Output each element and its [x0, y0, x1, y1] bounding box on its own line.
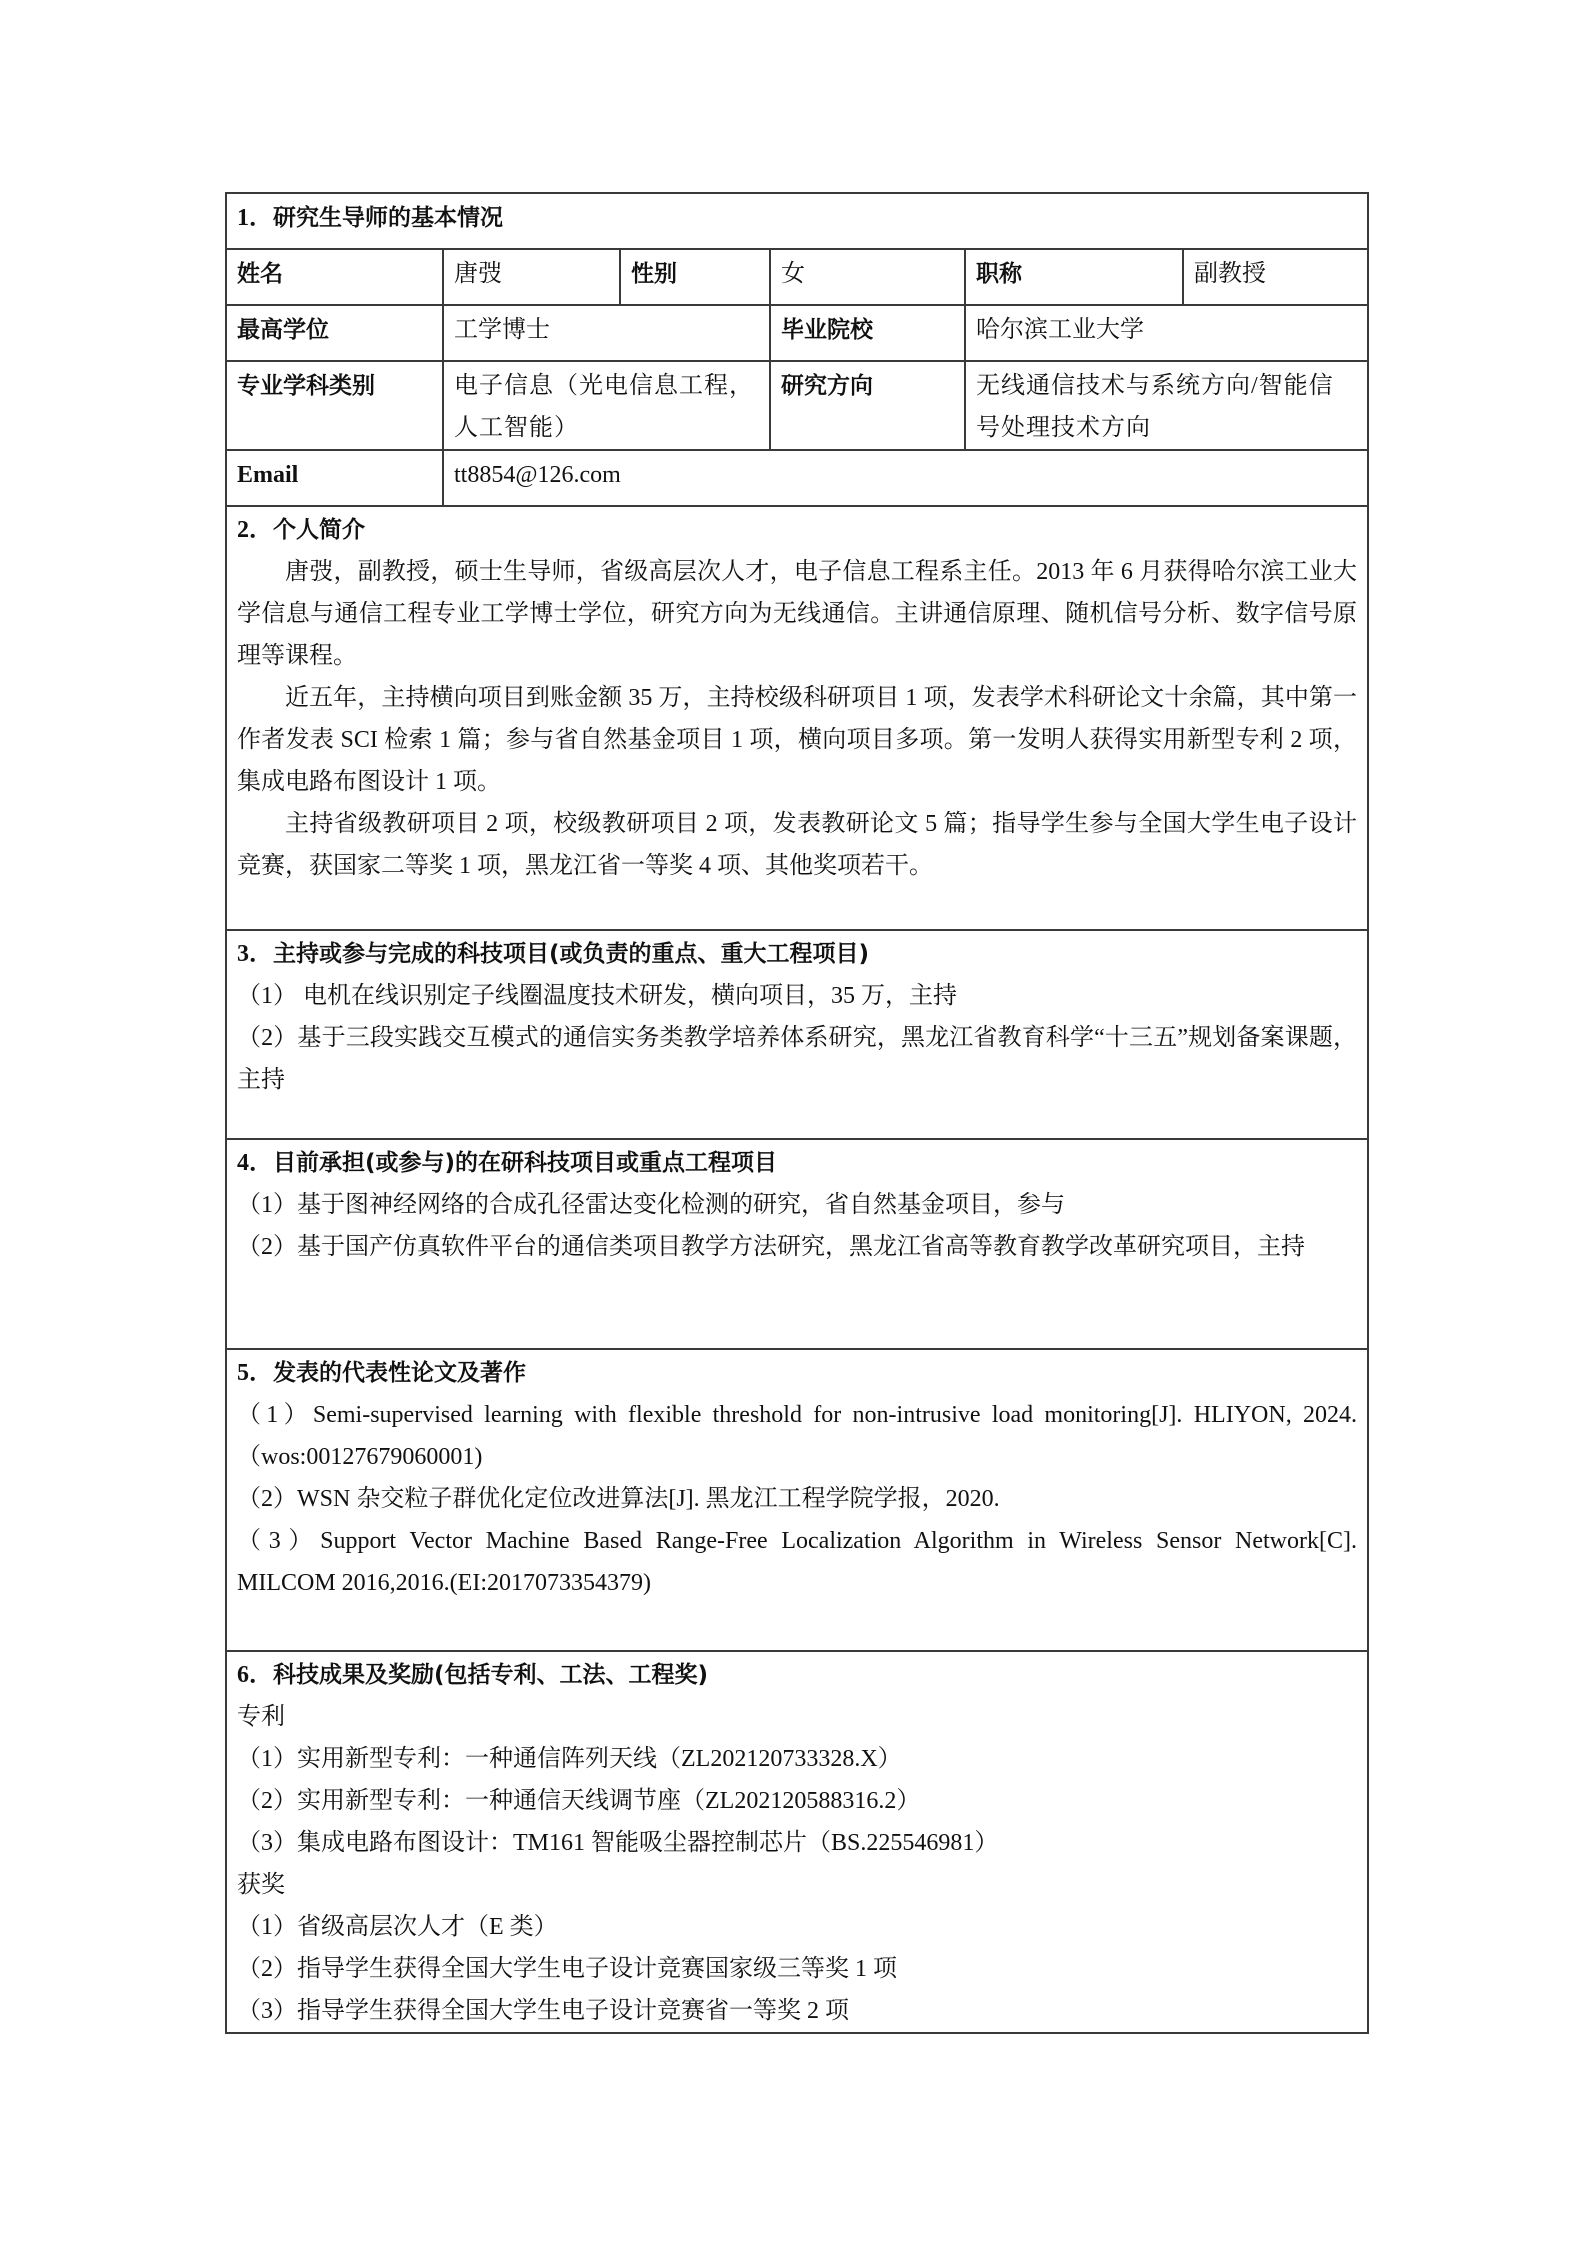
- discipline-row: 专业学科类别 电子信息（光电信息工程，人工智能） 研究方向 无线通信技术与系统方…: [226, 361, 1368, 450]
- discipline-value: 电子信息（光电信息工程，人工智能）: [443, 361, 770, 450]
- bio-paragraph-3: 主持省级教研项目 2 项，校级教研项目 2 项，发表教研论文 5 篇；指导学生参…: [237, 803, 1357, 887]
- section6-number: 6．: [237, 1662, 273, 1688]
- ongoing-project-2: （2）基于国产仿真软件平台的通信类项目教学方法研究，黑龙江省高等教育教学改革研究…: [237, 1226, 1357, 1268]
- patent-1: （1）实用新型专利：一种通信阵列天线（ZL202120733328.X）: [237, 1738, 1357, 1780]
- section3-title: 3．主持或参与完成的科技项目(或负责的重点、重大工程项目): [237, 933, 1357, 975]
- section5-row: 5．发表的代表性论文及著作 （1）Semi-supervised learnin…: [226, 1349, 1368, 1651]
- section5-title-text: 发表的代表性论文及著作: [273, 1360, 526, 1386]
- section1-title-text: 研究生导师的基本情况: [273, 205, 503, 231]
- award-2: （2）指导学生获得全国大学生电子设计竞赛国家级三等奖 1 项: [237, 1948, 1357, 1990]
- name-label: 姓名: [226, 249, 443, 305]
- section4-title-text: 目前承担(或参与)的在研科技项目或重点工程项目: [273, 1150, 777, 1176]
- section2-title: 2．个人简介: [237, 509, 1357, 551]
- degree-row: 最高学位 工学博士 毕业院校 哈尔滨工业大学: [226, 305, 1368, 361]
- school-label: 毕业院校: [770, 305, 965, 361]
- section3-number: 3．: [237, 941, 273, 967]
- email-value: tt8854@126.com: [443, 450, 1368, 506]
- degree-label: 最高学位: [226, 305, 443, 361]
- publication-1: （1）Semi-supervised learning with flexibl…: [237, 1394, 1357, 1478]
- section6-cell: 6．科技成果及奖励(包括专利、工法、工程奖) 专利 （1）实用新型专利：一种通信…: [226, 1651, 1368, 2033]
- section5-cell: 5．发表的代表性论文及著作 （1）Semi-supervised learnin…: [226, 1349, 1368, 1651]
- section1-title: 1．研究生导师的基本情况: [226, 193, 1368, 249]
- gender-label: 性别: [620, 249, 770, 305]
- section2-number: 2．: [237, 517, 273, 543]
- section6-title-text: 科技成果及奖励(包括专利、工法、工程奖): [273, 1662, 708, 1688]
- section4-row: 4．目前承担(或参与)的在研科技项目或重点工程项目 （1）基于图神经网络的合成孔…: [226, 1139, 1368, 1349]
- rank-label: 职称: [965, 249, 1183, 305]
- gender-value: 女: [770, 249, 965, 305]
- section4-cell: 4．目前承担(或参与)的在研科技项目或重点工程项目 （1）基于图神经网络的合成孔…: [226, 1139, 1368, 1349]
- section1-header-row: 1．研究生导师的基本情况: [226, 193, 1368, 249]
- section4-title: 4．目前承担(或参与)的在研科技项目或重点工程项目: [237, 1142, 1357, 1184]
- school-value: 哈尔滨工业大学: [965, 305, 1368, 361]
- discipline-label: 专业学科类别: [226, 361, 443, 450]
- patent-2: （2）实用新型专利：一种通信天线调节座（ZL202120588316.2）: [237, 1780, 1357, 1822]
- publication-3: （3）Support Vector Machine Based Range-Fr…: [237, 1520, 1357, 1604]
- patent-3: （3）集成电路布图设计：TM161 智能吸尘器控制芯片（BS.225546981…: [237, 1822, 1357, 1864]
- basic-info-row: 姓名 唐弢 性别 女 职称 副教授: [226, 249, 1368, 305]
- direction-label: 研究方向: [770, 361, 965, 450]
- award-1: （1）省级高层次人才（E 类）: [237, 1906, 1357, 1948]
- email-row: Email tt8854@126.com: [226, 450, 1368, 506]
- section5-title: 5．发表的代表性论文及著作: [237, 1352, 1357, 1394]
- award-3: （3）指导学生获得全国大学生电子设计竞赛省一等奖 2 项: [237, 1990, 1357, 2032]
- completed-project-2: （2）基于三段实践交互模式的通信实务类教学培养体系研究，黑龙江省教育科学“十三五…: [237, 1017, 1357, 1101]
- degree-value: 工学博士: [443, 305, 770, 361]
- email-label: Email: [226, 450, 443, 506]
- section6-title: 6．科技成果及奖励(包括专利、工法、工程奖): [237, 1654, 1357, 1696]
- patents-heading: 专利: [237, 1696, 1357, 1738]
- awards-heading: 获奖: [237, 1864, 1357, 1906]
- rank-value: 副教授: [1183, 249, 1368, 305]
- section2-cell: 2．个人简介 唐弢，副教授，硕士生导师，省级高层次人才，电子信息工程系主任。20…: [226, 506, 1368, 930]
- bio-paragraph-1: 唐弢，副教授，硕士生导师，省级高层次人才，电子信息工程系主任。2013 年 6 …: [237, 551, 1357, 677]
- supervisor-info-table: 1．研究生导师的基本情况 姓名 唐弢 性别 女 职称 副教授 最高学位 工学博士…: [225, 192, 1369, 2034]
- publication-2: （2）WSN 杂交粒子群优化定位改进算法[J]. 黑龙江工程学院学报，2020.: [237, 1478, 1357, 1520]
- section5-number: 5．: [237, 1360, 273, 1386]
- section3-row: 3．主持或参与完成的科技项目(或负责的重点、重大工程项目) （1） 电机在线识别…: [226, 930, 1368, 1139]
- name-value: 唐弢: [443, 249, 620, 305]
- section3-title-text: 主持或参与完成的科技项目(或负责的重点、重大工程项目): [273, 941, 869, 967]
- section2-row: 2．个人简介 唐弢，副教授，硕士生导师，省级高层次人才，电子信息工程系主任。20…: [226, 506, 1368, 930]
- ongoing-project-1: （1）基于图神经网络的合成孔径雷达变化检测的研究，省自然基金项目，参与: [237, 1184, 1357, 1226]
- section6-row: 6．科技成果及奖励(包括专利、工法、工程奖) 专利 （1）实用新型专利：一种通信…: [226, 1651, 1368, 2033]
- direction-value: 无线通信技术与系统方向/智能信号处理技术方向: [965, 361, 1368, 450]
- section1-number: 1．: [237, 205, 273, 231]
- completed-project-1: （1） 电机在线识别定子线圈温度技术研发，横向项目，35 万，主持: [237, 975, 1357, 1017]
- section2-title-text: 个人简介: [273, 517, 365, 543]
- section3-cell: 3．主持或参与完成的科技项目(或负责的重点、重大工程项目) （1） 电机在线识别…: [226, 930, 1368, 1139]
- bio-paragraph-2: 近五年，主持横向项目到账金额 35 万，主持校级科研项目 1 项，发表学术科研论…: [237, 677, 1357, 803]
- section4-number: 4．: [237, 1150, 273, 1176]
